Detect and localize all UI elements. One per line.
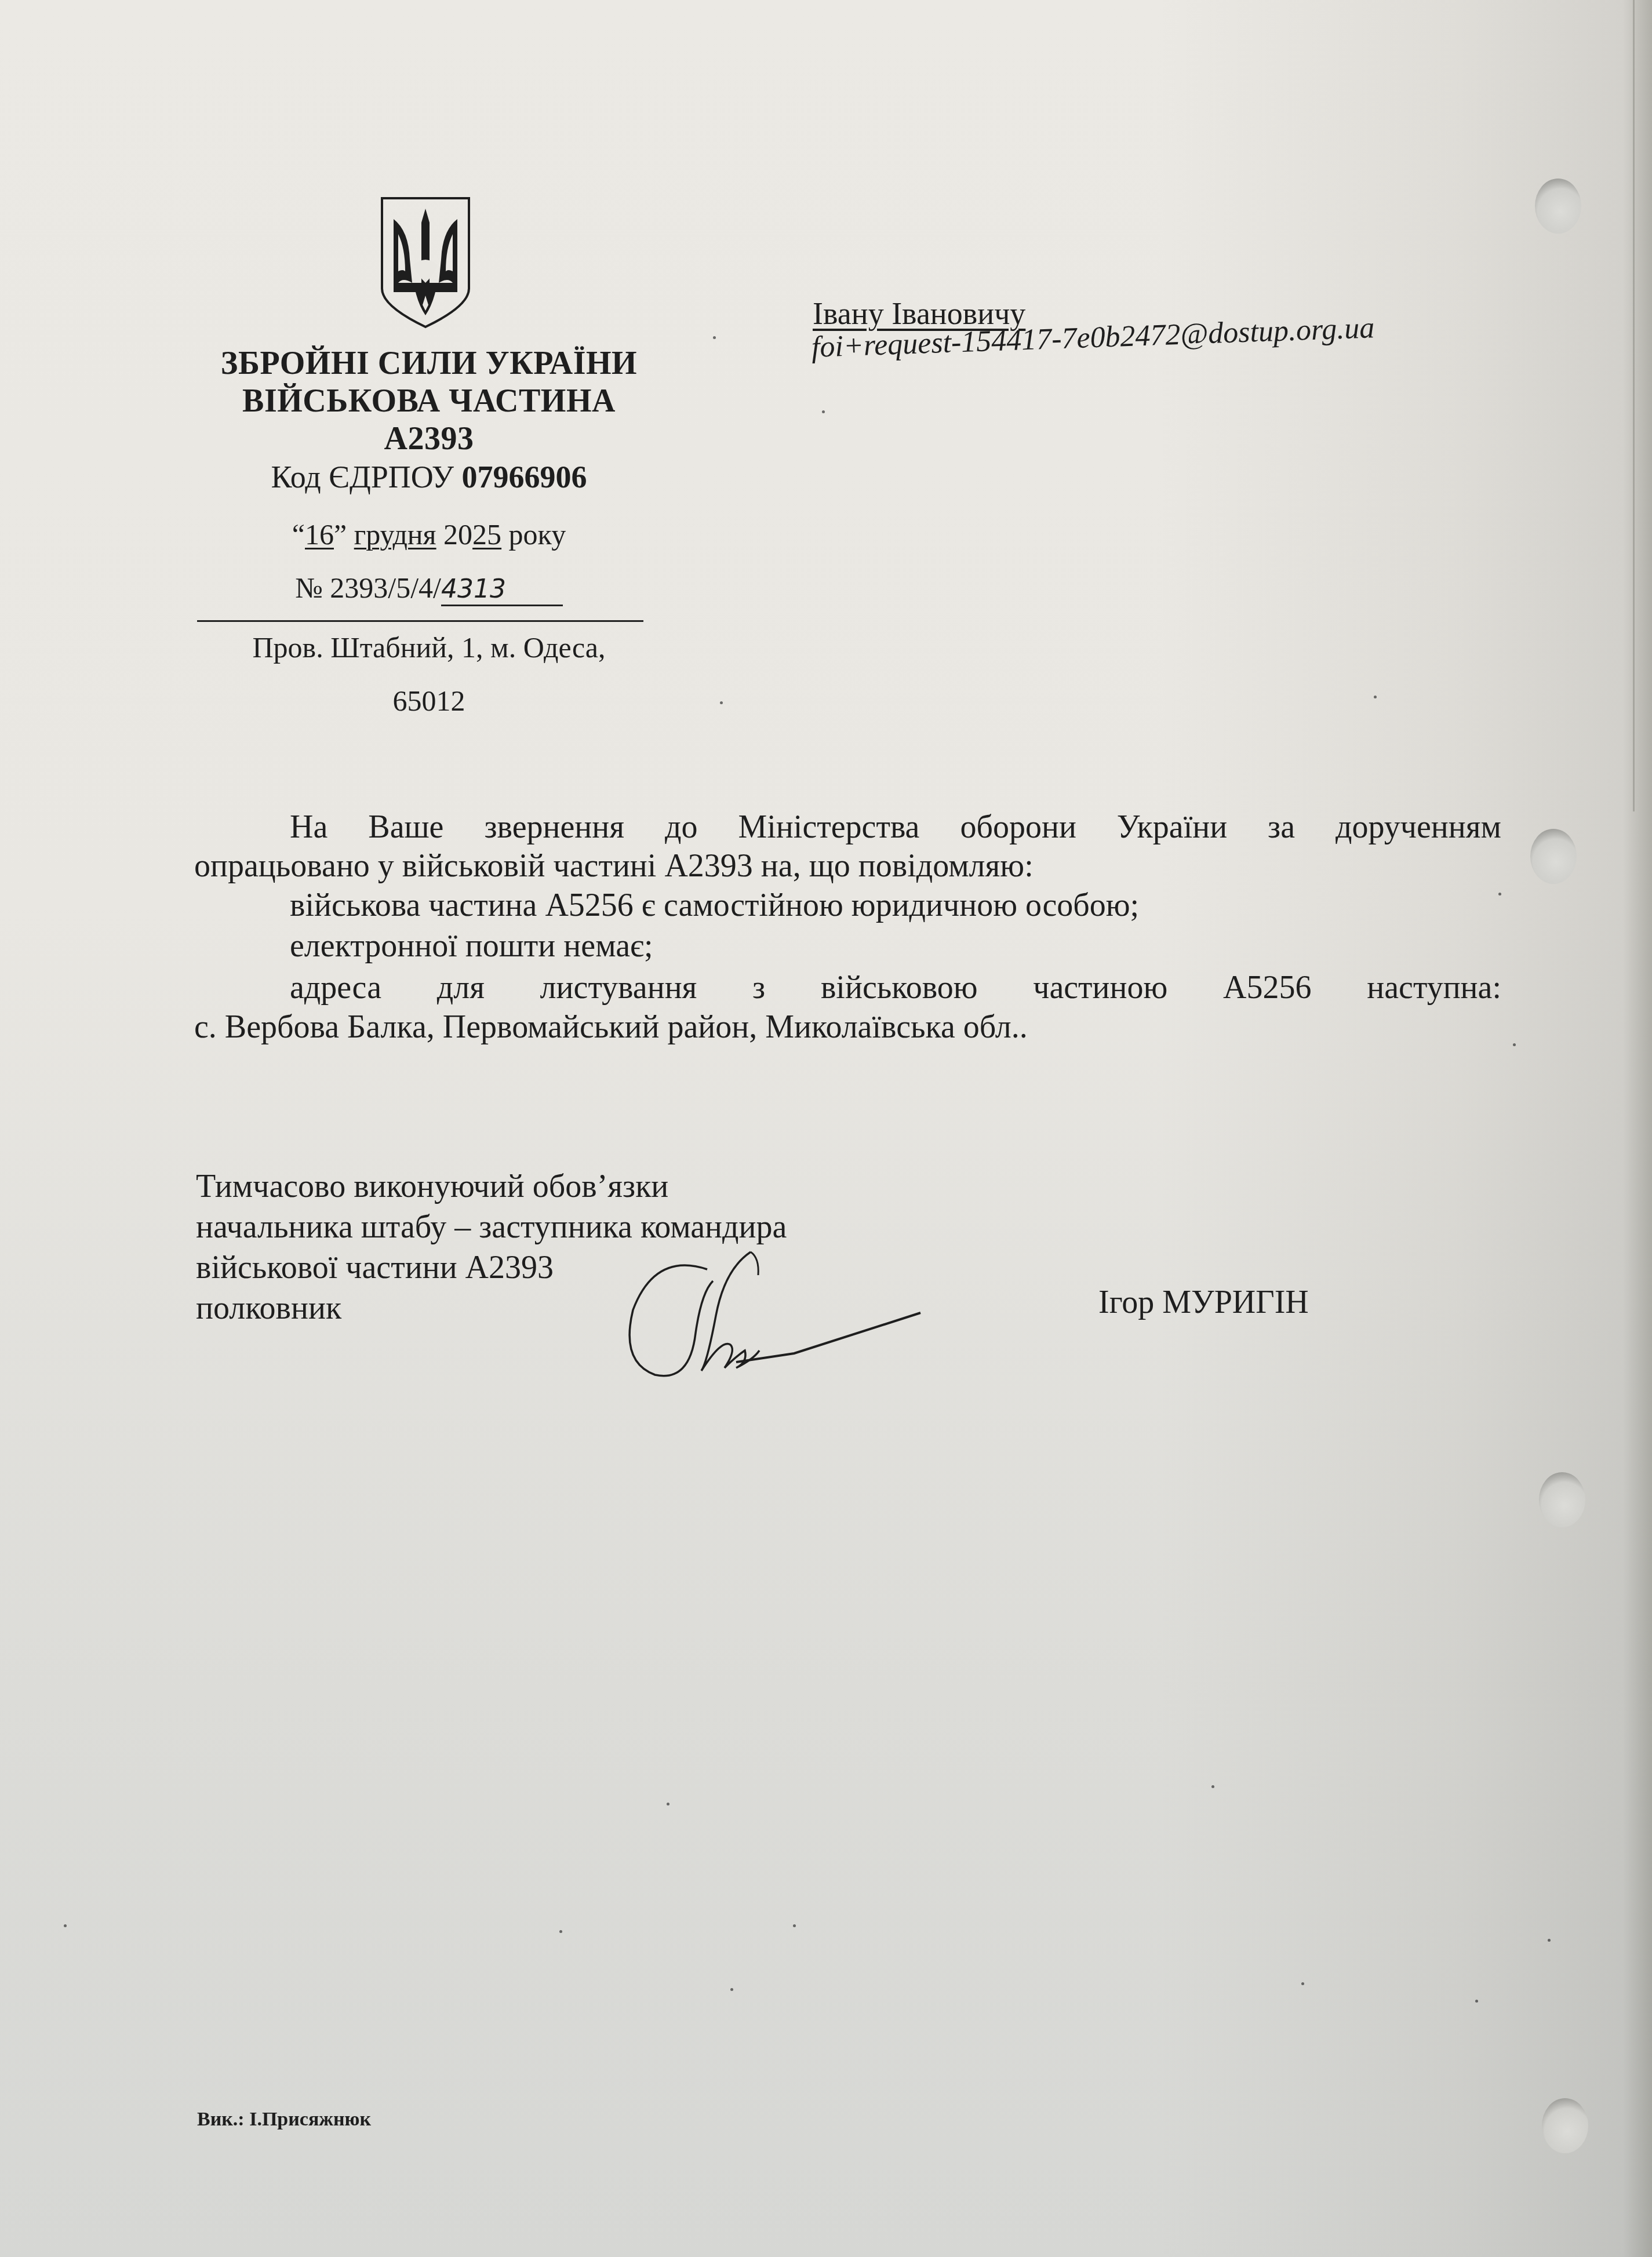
body-line-3: військова частина А5256 є самостійною юр… — [290, 887, 1139, 924]
paper-speck — [1374, 696, 1377, 698]
date-day: 16 — [305, 518, 334, 551]
signer-name: Ігор МУРИГІН — [1098, 1284, 1309, 1321]
paper-speck — [730, 1988, 733, 1991]
paper-speck — [667, 1803, 669, 1805]
paper-speck — [713, 336, 716, 339]
date-year-suffix: 25 — [472, 518, 501, 551]
org-name-line2: ВІЙСЬКОВА ЧАСТИНА — [162, 383, 696, 420]
unit-code: А2393 — [162, 420, 696, 457]
body-line-2: опрацьовано у військовій частині А2393 н… — [194, 847, 1034, 884]
executor-note: Вик.: І.Присяжнюк — [197, 2109, 371, 2131]
reference-handwritten: 4313 — [441, 577, 563, 606]
signatory-title-line3: військової частини А2393 — [196, 1249, 554, 1286]
org-name-line1: ЗБРОЙНІ СИЛИ УКРАЇНИ — [162, 345, 696, 382]
paper-speck — [64, 1924, 67, 1927]
punch-hole-icon — [1542, 2098, 1588, 2153]
body-line-1: На Ваше звернення до Міністерства оборон… — [290, 809, 1501, 846]
paper-speck — [559, 1930, 562, 1933]
date-month: грудня — [354, 518, 436, 551]
edrpou-value: 07966906 — [461, 460, 587, 494]
reference-number: № 2393/5/4/4313 — [162, 571, 696, 606]
paper-speck — [793, 1924, 796, 1927]
edrpou-line: Код ЄДРПОУ 07966906 — [162, 459, 696, 495]
paper-speck — [1513, 1043, 1516, 1046]
punch-hole-icon — [1535, 179, 1581, 234]
body-line-6: с. Вербова Балка, Первомайський район, М… — [194, 1009, 1028, 1046]
paper-speck — [1548, 1939, 1551, 1942]
address-line2: 65012 — [162, 684, 696, 718]
header-divider — [197, 620, 643, 622]
signatory-title-line1: Тимчасово виконуючий обов’язки — [196, 1168, 668, 1205]
letter-date: “16” грудня 2025 року — [162, 518, 696, 551]
punch-hole-icon — [1539, 1472, 1585, 1527]
reference-prefix: № 2393/5/4/ — [295, 571, 441, 604]
handwritten-signature-icon — [620, 1246, 922, 1379]
punch-hole-icon — [1530, 829, 1577, 884]
signatory-title-line2: начальника штабу – заступника командира — [196, 1208, 787, 1246]
address-line1: Пров. Штабний, 1, м. Одеса, — [162, 631, 696, 664]
date-suffix: року — [509, 518, 566, 551]
ukraine-trident-icon — [380, 196, 471, 329]
paper-speck — [822, 410, 825, 413]
body-line-5: адреса для листування з військовою части… — [290, 969, 1501, 1006]
paper-speck — [720, 701, 723, 704]
edrpou-label: Код ЄДРПОУ — [271, 460, 454, 494]
paper-speck — [1498, 893, 1501, 895]
paper-edge-line — [1633, 0, 1635, 811]
paper-speck — [1211, 1785, 1214, 1788]
paper-speck — [1475, 2000, 1478, 2003]
body-line-4: електронної пошти немає; — [290, 927, 653, 964]
paper-edge-shadow — [1623, 0, 1652, 2257]
signatory-rank: полковник — [196, 1290, 341, 1327]
paper-speck — [1301, 1982, 1304, 1985]
